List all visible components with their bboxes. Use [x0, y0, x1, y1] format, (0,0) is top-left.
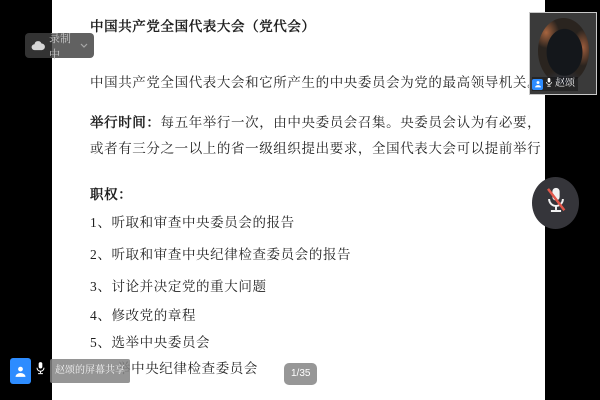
doc-power-item-1: 1、听取和审查中央委员会的报告	[90, 216, 295, 230]
doc-power-item-3: 3、讨论并决定党的重大问题	[90, 280, 267, 294]
microphone-icon	[545, 75, 553, 93]
doc-power-item-4: 4、修改党的章程	[90, 309, 196, 323]
doc-intro: 中国共产党全国代表大会和它所产生的中央委员会为党的最高领导机关。	[90, 76, 541, 90]
doc-title: 中国共产党全国代表大会（党代会）	[90, 20, 316, 34]
doc-power-item-2: 2、听取和审查中央纪律检查委员会的报告	[90, 248, 351, 262]
cloud-record-icon	[31, 41, 45, 51]
participant-name: 赵颂	[555, 79, 575, 89]
screen-share-label: 赵颂的屏幕共享	[50, 359, 130, 383]
microphone-muted-icon	[545, 186, 567, 220]
recording-badge-label: 录制中	[49, 30, 76, 62]
doc-schedule-line2: 或者有三分之一以上的省一级组织提出要求，全国代表大会可以提前举行	[90, 142, 541, 156]
recording-badge[interactable]: 录制中	[25, 33, 94, 58]
microphone-icon-small	[35, 361, 46, 381]
participant-name-row: 赵颂	[532, 77, 578, 91]
page-number-badge: 1/35	[284, 363, 317, 385]
muted-microphone-button[interactable]	[532, 177, 579, 229]
doc-schedule-line1: 举行时间：每五年举行一次，由中央委员会召集。央委员会认为有必要，	[90, 116, 541, 130]
screen-share-indicator: 赵颂的屏幕共享	[10, 357, 130, 385]
doc-power-item-5: 5、选举中央委员会	[90, 336, 210, 350]
shared-screen-document: 中国共产党全国代表大会（党代会） 中国共产党全国代表大会和它所产生的中央委员会为…	[52, 0, 545, 400]
sharer-avatar	[10, 358, 31, 384]
doc-power-item-6-partial: 举中央纪律检查委员会	[117, 362, 258, 376]
participant-video-thumbnail[interactable]: 赵颂	[529, 12, 597, 95]
doc-schedule-label: 举行时间：	[90, 115, 161, 130]
doc-powers-label: 职权：	[90, 188, 132, 202]
participant-avatar	[532, 79, 543, 90]
doc-schedule-text: 每五年举行一次，由中央委员会召集。央委员会认为有必要，	[161, 115, 542, 130]
chevron-down-icon[interactable]	[80, 43, 88, 48]
